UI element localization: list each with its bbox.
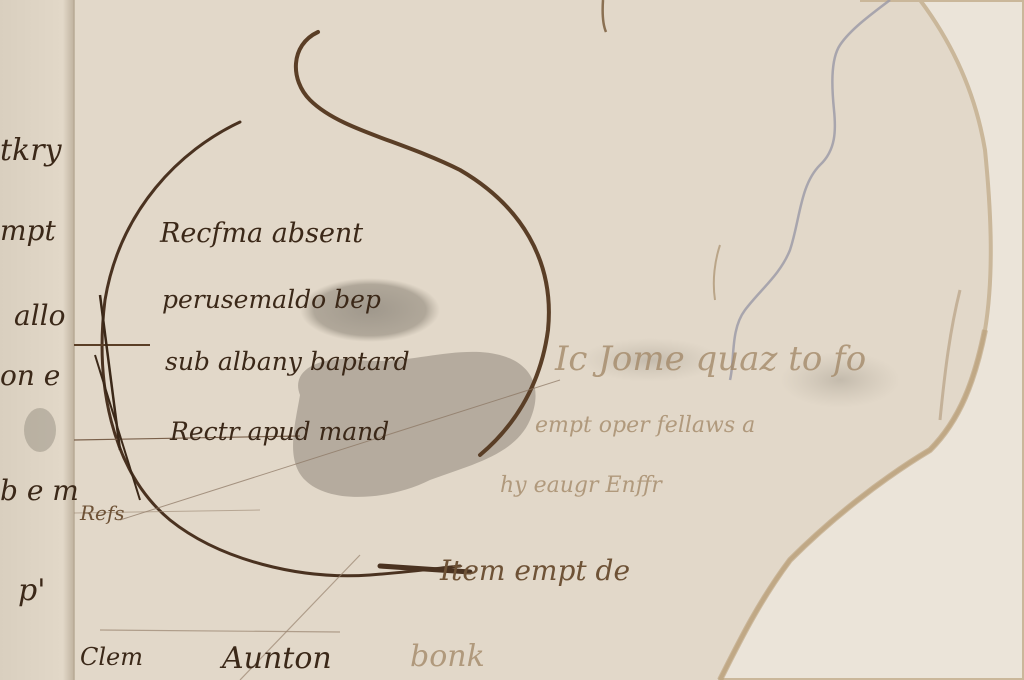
- faint-line: Ic Jome quaz to fo: [554, 339, 866, 379]
- left-fragment: b e m: [0, 474, 79, 507]
- bottom-word: bonk: [410, 639, 485, 674]
- margin-mark: Refs: [79, 501, 125, 525]
- water-stain: [24, 408, 56, 452]
- note-line: Recfma absent: [159, 218, 363, 249]
- manuscript-photo: tkry mpt allo on e b e m p' Recfma absen…: [0, 0, 1024, 680]
- note-line: Rectr apud mand: [169, 417, 389, 446]
- faint-line: Item empt de: [439, 554, 630, 587]
- bottom-word: Aunton: [219, 641, 332, 676]
- bottom-text: Clem Aunton bonk: [80, 639, 485, 676]
- note-line: perusemaldo bep: [162, 285, 381, 314]
- left-fragment: on e: [0, 359, 60, 392]
- bottom-word: Clem: [80, 643, 143, 671]
- left-fragment: allo: [14, 299, 65, 332]
- left-fragment: tkry: [0, 133, 63, 168]
- faint-line: hy eaugr Enffr: [500, 473, 663, 498]
- left-fragment: p': [18, 573, 45, 608]
- faint-line: empt oper fellaws a: [535, 413, 755, 438]
- note-line: sub albany baptard: [165, 347, 410, 376]
- left-fragment: mpt: [0, 214, 56, 247]
